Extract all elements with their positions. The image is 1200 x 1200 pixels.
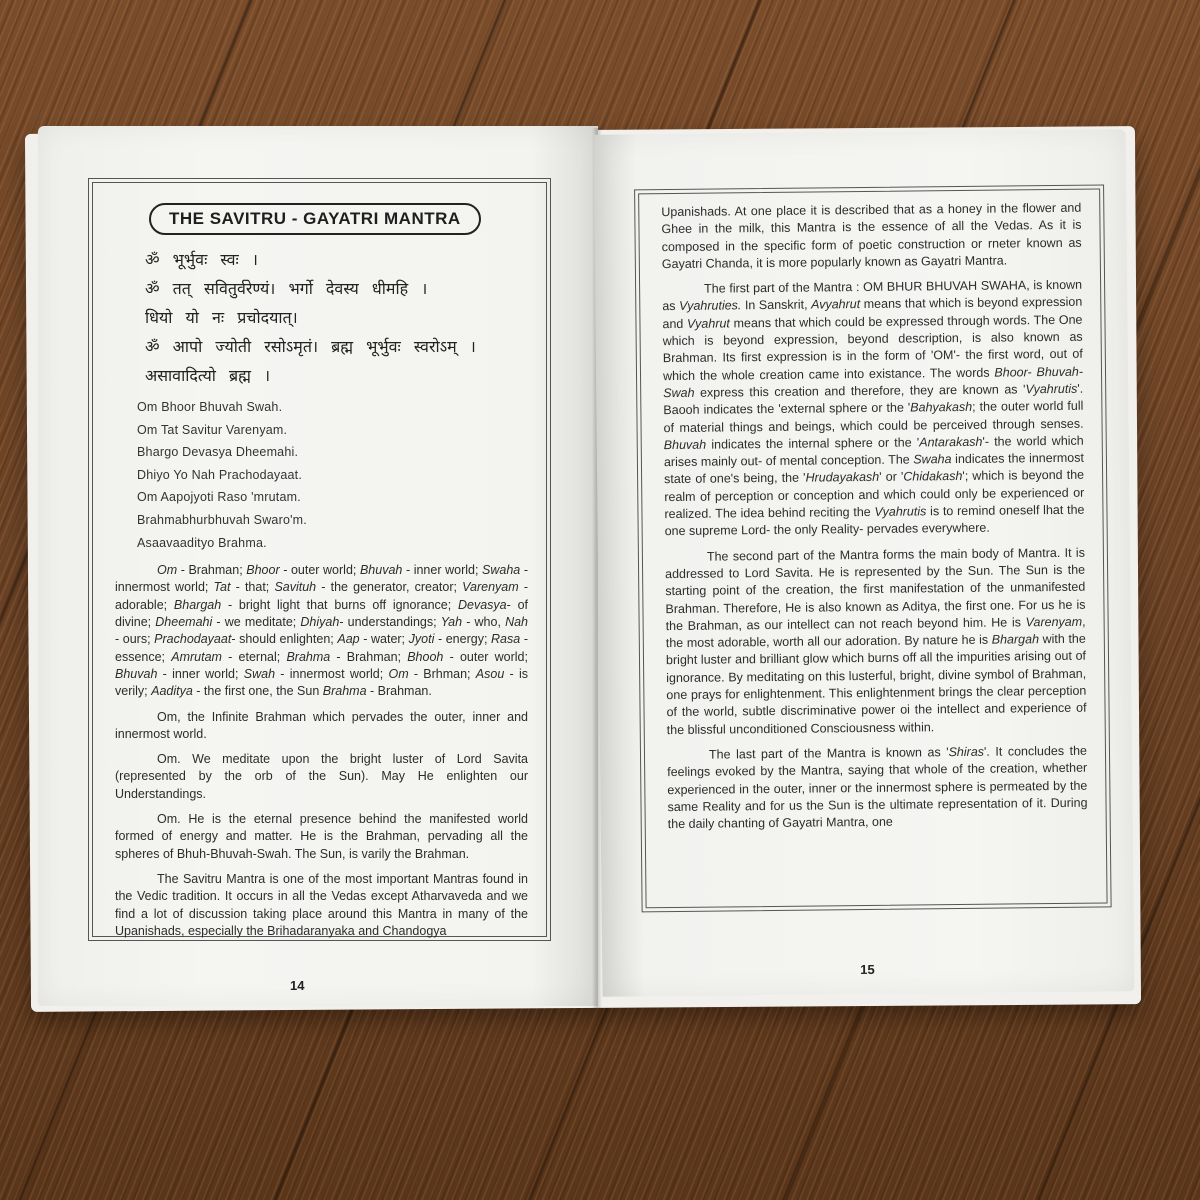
- left-page: THE SAVITRU - GAYATRI MANTRA ॐ भूर्भुवः …: [38, 126, 598, 1006]
- right-page-body: Upanishads. At one place it is described…: [638, 189, 1107, 909]
- glossary-meaning: - understandings;: [339, 615, 440, 629]
- glossary-meaning: - innermost world;: [275, 667, 388, 681]
- sanskrit-line: धियो यो नः प्रचोदयात्।: [115, 303, 528, 332]
- glossary-meaning: - the first one, the Sun: [193, 684, 323, 698]
- transliteration-line: Om Bhoor Bhuvah Swah.: [115, 396, 528, 419]
- left-page-body: Om, the Infinite Brahman which pervades …: [115, 709, 528, 941]
- glossary-term: Aaditya: [151, 684, 193, 698]
- transliteration-line: Bhargo Devasya Dheemahi.: [115, 441, 528, 464]
- glossary-term: Rasa: [491, 632, 520, 646]
- text-run: ' or ': [879, 470, 903, 484]
- glossary-term: Prachodayaat: [154, 632, 231, 646]
- text-run: Upanishads. At one place it is described…: [661, 201, 1081, 271]
- left-page-content: THE SAVITRU - GAYATRI MANTRA ॐ भूर्भुवः …: [92, 182, 547, 937]
- glossary-term: Jyoti: [409, 632, 435, 646]
- glossary-term: Bhooh: [407, 650, 443, 664]
- sanskrit-verse: ॐ भूर्भुवः स्वः । ॐ तत् सवितुर्वरेण्यं। …: [115, 245, 528, 390]
- glossary-term: Bhuvah: [360, 563, 402, 577]
- glossary: Om - Brahman; Bhoor - outer world; Bhuva…: [115, 562, 528, 700]
- text-run: express this creation and therefore, the…: [694, 382, 1025, 399]
- italic-term: Varenyam: [1026, 615, 1083, 630]
- italic-term: Shiras: [948, 745, 984, 759]
- glossary-meaning: - should enlighten;: [231, 632, 337, 646]
- glossary-term: Devasya: [458, 598, 507, 612]
- glossary-meaning: - inner world;: [157, 667, 243, 681]
- glossary-meaning: - that;: [230, 580, 274, 594]
- paragraph: The last part of the Mantra is known as …: [667, 743, 1088, 834]
- paragraph: The first part of the Mantra : OM BHUR B…: [662, 277, 1085, 541]
- glossary-meaning: - we meditate;: [212, 615, 300, 629]
- glossary-term: Savituh: [274, 580, 316, 594]
- glossary-term: Dheemahi: [155, 615, 212, 629]
- italic-term: Chidakash: [903, 469, 962, 484]
- paragraph: Upanishads. At one place it is described…: [661, 200, 1082, 274]
- glossary-term: Asou: [476, 667, 505, 681]
- text-run: In Sanskrit,: [741, 298, 811, 313]
- glossary-meaning: - outer world;: [443, 650, 528, 664]
- glossary-meaning: - the generator, creator;: [316, 580, 462, 594]
- italic-term: Vyahruties.: [679, 299, 741, 314]
- italic-term: Swaha: [913, 452, 951, 466]
- italic-term: Bhuvah: [664, 438, 707, 452]
- glossary-term: Om: [388, 667, 408, 681]
- paragraph: Om, the Infinite Brahman which pervades …: [115, 709, 528, 744]
- text-run: The second part of the Mantra forms the …: [665, 545, 1085, 633]
- glossary-term: Nah: [505, 615, 528, 629]
- paragraph: Om. He is the eternal presence behind th…: [115, 811, 528, 863]
- glossary-term: Swah: [244, 667, 275, 681]
- transliteration-line: Om Tat Savitur Varenyam.: [115, 419, 528, 442]
- italic-term: Avyahrut: [811, 298, 860, 313]
- italic-term: Bahyakash: [910, 400, 972, 415]
- italic-term: Hrudayakash: [805, 470, 879, 485]
- sanskrit-line: असावादित्यो ब्रह्म ।: [115, 361, 528, 390]
- glossary-meaning: - Brhman;: [409, 667, 476, 681]
- glossary-meaning: - Brahman.: [367, 684, 432, 698]
- glossary-term: Aap: [337, 632, 359, 646]
- sanskrit-line: ॐ भूर्भुवः स्वः ।: [115, 245, 528, 274]
- glossary-meaning: - Brahman;: [177, 563, 246, 577]
- italic-term: Vyahrut: [687, 316, 730, 330]
- glossary-meaning: - bright light that burns off ignorance;: [221, 598, 458, 612]
- sanskrit-line: ॐ तत् सवितुर्वरेण्यं। भर्गो देवस्य धीमहि…: [115, 274, 528, 303]
- glossary-term: Brahma: [286, 650, 330, 664]
- glossary-meaning: - Brahman;: [330, 650, 407, 664]
- text-run: indicates the internal sphere or the ': [706, 435, 919, 451]
- glossary-term: Yah: [441, 615, 462, 629]
- transliteration-line: Asaavaadityo Brahma.: [115, 532, 528, 555]
- paragraph: The Savitru Mantra is one of the most im…: [115, 871, 528, 940]
- right-page-border-frame: Upanishads. At one place it is described…: [634, 184, 1112, 912]
- left-page-border-frame: THE SAVITRU - GAYATRI MANTRA ॐ भूर्भुवः …: [88, 178, 551, 941]
- glossary-term: Bhargah: [174, 598, 221, 612]
- transliteration-line: Brahmabhurbhuvah Swaro'm.: [115, 509, 528, 532]
- transliteration: Om Bhoor Bhuvah Swah. Om Tat Savitur Var…: [115, 396, 528, 554]
- italic-term: Bhargah: [992, 632, 1039, 646]
- glossary-meaning: - inner world;: [402, 563, 482, 577]
- text-run: The last part of the Mantra is known as …: [709, 745, 949, 762]
- section-title: THE SAVITRU - GAYATRI MANTRA: [149, 203, 481, 235]
- glossary-term: Varenyam: [462, 580, 519, 594]
- glossary-meaning: - who,: [462, 615, 505, 629]
- italic-term: Vyahrutis: [1025, 382, 1077, 397]
- glossary-term: Bhoor: [246, 563, 279, 577]
- open-booklet: THE SAVITRU - GAYATRI MANTRA ॐ भूर्भुवः …: [0, 0, 1200, 1200]
- transliteration-line: Om Aapojyoti Raso 'mrutam.: [115, 486, 528, 509]
- transliteration-line: Dhiyo Yo Nah Prachodayaat.: [115, 464, 528, 487]
- glossary-term: Om: [157, 563, 177, 577]
- italic-term: Antarakash: [919, 435, 982, 450]
- glossary-term: Amrutam: [171, 650, 222, 664]
- page-number: 15: [860, 962, 875, 977]
- glossary-meaning: - outer world;: [280, 563, 360, 577]
- glossary-term: Brahma: [323, 684, 367, 698]
- sanskrit-line: ॐ आपो ज्योती रसोऽमृतं। ब्रह्म भूर्भुवः स…: [115, 332, 528, 361]
- glossary-meaning: - ours;: [115, 632, 154, 646]
- paragraph: Om. We meditate upon the bright luster o…: [115, 751, 528, 803]
- glossary-term: Tat: [214, 580, 231, 594]
- italic-term: Vyahrutis: [874, 504, 926, 519]
- glossary-term: Bhuvah: [115, 667, 157, 681]
- glossary-meaning: - water;: [360, 632, 409, 646]
- glossary-paragraph: Om - Brahman; Bhoor - outer world; Bhuva…: [115, 562, 528, 700]
- glossary-meaning: - energy;: [434, 632, 491, 646]
- glossary-meaning: - eternal;: [222, 650, 286, 664]
- right-page: Upanishads. At one place it is described…: [594, 129, 1135, 997]
- paragraph: The second part of the Mantra forms the …: [665, 544, 1087, 739]
- page-number: 14: [290, 978, 304, 993]
- glossary-term: Swaha: [482, 563, 520, 577]
- glossary-term: Dhiyah: [300, 615, 339, 629]
